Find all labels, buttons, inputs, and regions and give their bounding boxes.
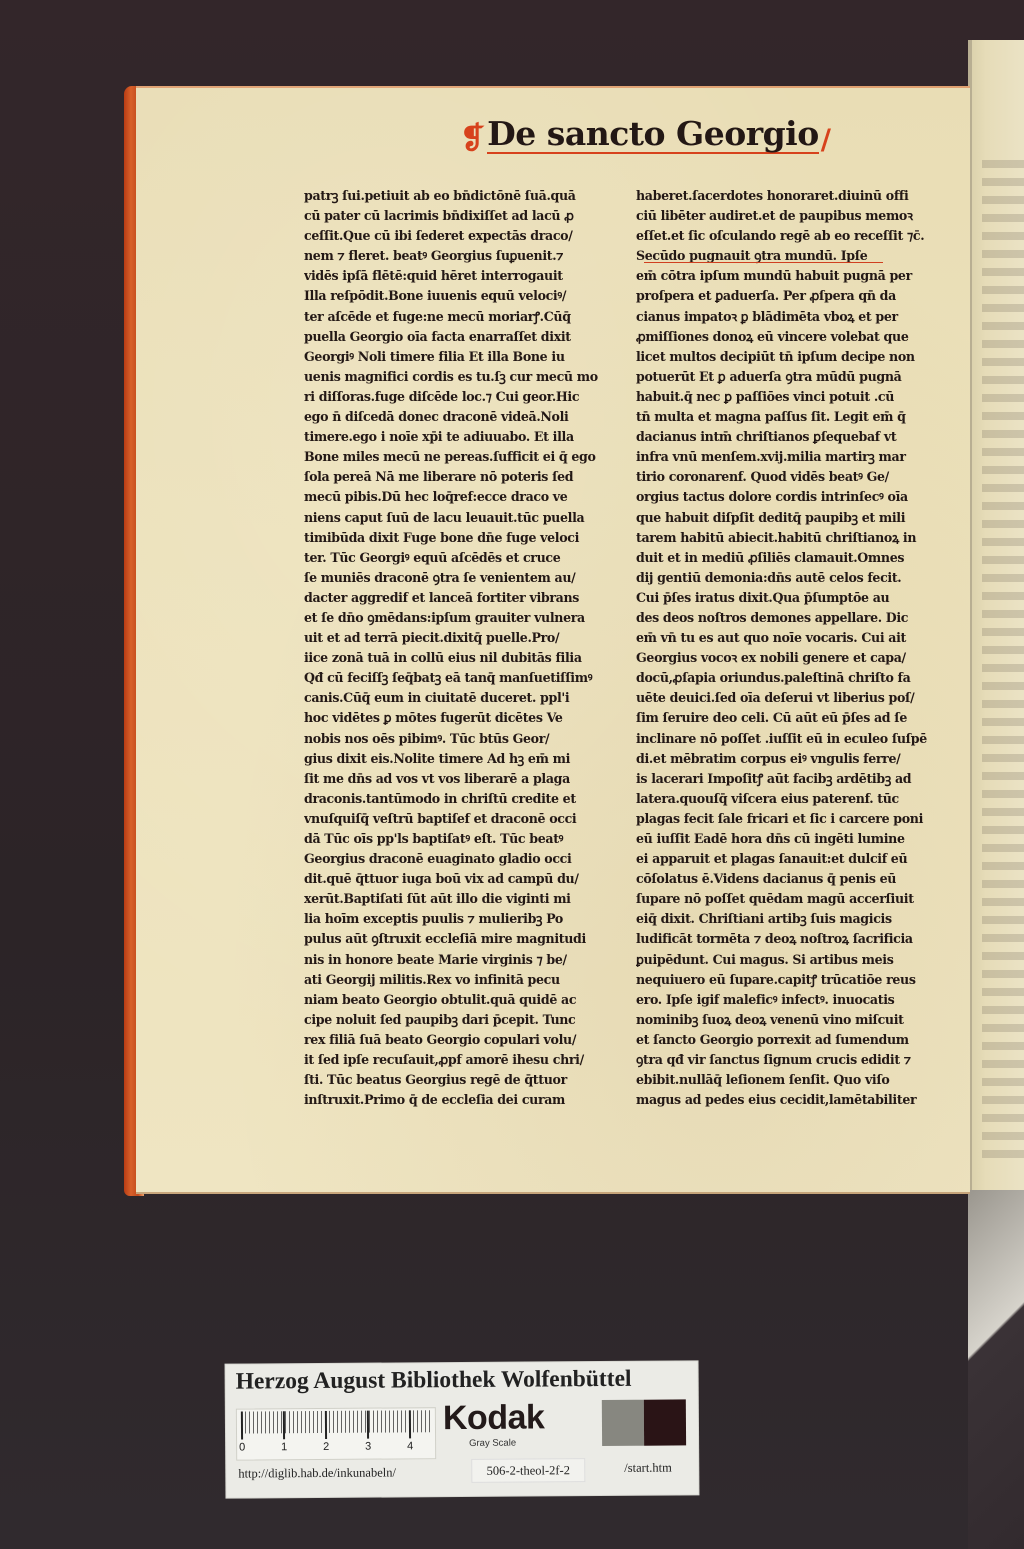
text-line: ludificāt tormēta ⁊ deoꝝ noſtroꝝ ſacrifi…	[636, 929, 943, 949]
text-line: proſpera et ꝑaduerſa. Per ꝓſpera qn̄ da	[636, 286, 943, 306]
text-line: rex filiā ſuā beato Georgio copulari vol…	[304, 1030, 611, 1050]
text-line: dā Tūc oīs pp'ls baptiſatꝰ eſt. Tūc beat…	[304, 829, 611, 849]
text-line: niam beato Georgio obtulit.quā quidē ac	[304, 990, 611, 1010]
facing-page-text-ghost	[982, 160, 1024, 1160]
text-line: nobis nos oēs pibimꝰ. Tūc btūs Geor/	[304, 729, 611, 749]
text-line: duit et in mediū ꝓſiliēs clamauit.Omnes	[636, 548, 943, 568]
text-line: ciū libēter audiret.et de paupibus memoꝛ	[636, 206, 943, 226]
text-line: haberet.ſacerdotes honoraret.diuinū offi	[636, 186, 943, 206]
text-line: canis.Cūq̄ eum in ciuitatē duceret. ppl'…	[304, 688, 611, 708]
facing-page-shadow	[968, 1190, 1024, 1549]
text-line: tn̄ multa et magna paſſus ſit. Legit em̄…	[636, 407, 943, 427]
text-line: ſit me dn̄s ad vos vt vos liberarē a pla…	[304, 769, 611, 789]
kodak-logo: Kodak	[443, 1398, 545, 1438]
ruler-label: 0	[239, 1442, 245, 1454]
ruler-label: 4	[407, 1440, 413, 1452]
text-line: gius dixit eis.Nolite timere Ad hꝫ em̄ m…	[304, 749, 611, 769]
text-line: infra vnū menſem.xvij.milia martirꝫ mar	[636, 447, 943, 467]
institution-name: Herzog August Bibliothek Wolfenbüttel	[236, 1366, 632, 1396]
text-line: ꝯtra qđ vir ſanctus ſignum crucis edidit…	[636, 1050, 943, 1070]
text-line: xerūt.Baptiſati ſūt aūt illo die viginti…	[304, 889, 611, 909]
ruler-label: 2	[323, 1441, 329, 1453]
text-line: licet multos decipiūt tn̄ ipſum decipe n…	[636, 347, 943, 367]
text-line: ceſſit.Que cū ibi ſederet expectās draco…	[304, 226, 611, 246]
rubric-stroke-icon: /	[821, 126, 831, 154]
text-line: potuerūt Et ꝑ aduerſa ꝯtra mūdū pugnā	[636, 367, 943, 387]
text-line: timibūda dixit Fuge bone dn̄e fuge veloc…	[304, 528, 611, 548]
text-line: Georgiꝰ Noli timere filia Et illa Bone i…	[304, 347, 611, 367]
gray-swatch	[602, 1400, 644, 1446]
text-line: dacter aggredif et lanceā fortiter vibra…	[304, 588, 611, 608]
text-line: dit.quē q̄ttuor iuga boū vix ad campū du…	[304, 869, 611, 889]
text-line: cipe noluit ſed paupibꝫ dari p̄cepit. Tu…	[304, 1010, 611, 1030]
text-line: ter aſcēde et fuge:ne mecū moriarꝭ.Cūq̄	[304, 307, 611, 327]
text-line: inſtruxit.Primo q̄ de eccleſia dei curam	[304, 1090, 611, 1110]
facing-page-edge	[968, 40, 1024, 1190]
digital-library-url: http://diglib.hab.de/inkunabeln/	[238, 1465, 396, 1481]
text-line: eū iuſſit Eadē hora dn̄s cū ingēti lumin…	[636, 829, 943, 849]
text-line: vidēs ipſā flētē:quid hēret interrogauit	[304, 266, 611, 286]
text-line: iice zonā tuā in collū eius nil dubitās …	[304, 648, 611, 668]
text-line: dacianus intm̄ chriſtianos ꝑſequebaf vt	[636, 427, 943, 447]
text-line: nis in honore beate Marie virginis ⁊ be/	[304, 950, 611, 970]
text-line: ri diſſoras.fuge diſcēde loc.⁊ Cui geor.…	[304, 387, 611, 407]
text-line: nequiuero eū ſupare.capitꝭ trūcatiōe reu…	[636, 970, 943, 990]
text-line: pulus aūt ꝯſtruxit eccleſiā mire magnitu…	[304, 929, 611, 949]
text-line: ero. Ipſe igif maleficꝰ infectꝰ. inuocat…	[636, 990, 943, 1010]
scale-ruler: 0 1 2 3 4	[236, 1407, 436, 1460]
text-line: eſſet.et ſic oſculando regē ab eo receſſ…	[636, 226, 943, 246]
ruler-major-tick	[367, 1411, 369, 1439]
text-line: ꝓmiſſiones donoꝝ eū vincere volebat que	[636, 327, 943, 347]
text-line: magus ad pedes eius cecidit,lamētabilite…	[636, 1090, 943, 1110]
text-line: uenis magnifici cordis es tu.ſꝫ cur mecū…	[304, 367, 611, 387]
text-line: vnuſquiſq̄ veſtrū baptiſef et draconē oc…	[304, 809, 611, 829]
text-line: Georgius draconē euaginato gladio occi	[304, 849, 611, 869]
text-line: Bone miles mecū ne pereas.ſufficit ei q̄…	[304, 447, 611, 467]
text-line: Cui p̄ſes iratus dixit.Qua p̄ſumptōe au	[636, 588, 943, 608]
shelfmark-label: 506-2-theol-2f-2	[471, 1458, 585, 1483]
text-line: docū,ꝓſapia oriundus.paleſtinā chriſto f…	[636, 668, 943, 688]
color-calibration-card: Herzog August Bibliothek Wolfenbüttel 0 …	[226, 1361, 699, 1497]
text-line: inclinare nō poſſet .iuſſit eū in eculeo…	[636, 729, 943, 749]
text-line: Illa reſpōdit.Bone iuuenis equū velociꝰ/	[304, 286, 611, 306]
text-line: latera.quouſq̄ viſcera eius paterenf. tū…	[636, 789, 943, 809]
text-line: Georgius vocoꝛ ex nobili genere et capa/	[636, 648, 943, 668]
text-line: eiq̄ dixit. Chriſtiani artibꝫ ſuis magic…	[636, 909, 943, 929]
text-line: habuit.q̄ nec ꝑ paſſiōes vinci potuit .c…	[636, 387, 943, 407]
paragraph-mark-icon: ❡	[460, 124, 485, 154]
text-line: patrꝫ ſui.petiuit ab eo bn̄dictōnē ſuā.q…	[304, 186, 611, 206]
text-line: que habuit diſpſit deditq̄ paupibꝫ et mi…	[636, 508, 943, 528]
text-line: di.et mēbratim corpus eiꝰ vngulis ferre/	[636, 749, 943, 769]
text-column-right: haberet.ſacerdotes honoraret.diuinū offi…	[636, 186, 943, 1110]
text-line: is lacerari Impoſitꝭ aūt facibꝫ ardētibꝫ…	[636, 769, 943, 789]
text-column-left: patrꝫ ſui.petiuit ab eo bn̄dictōnē ſuā.q…	[304, 186, 611, 1110]
text-line: hoc vidētes ꝑ mōtes fugerūt dicētes Ve	[304, 708, 611, 728]
text-line: uit et ad terrā piecit.dixitq̄ puelle.Pr…	[304, 628, 611, 648]
text-line: cianus impatoꝛ ꝑ blādimēta vboꝝ et per	[636, 307, 943, 327]
text-line: nem ⁊ fleret. beatꝰ Georgius ſuꝑuenit.⁊	[304, 246, 611, 266]
text-line: ter. Tūc Georgiꝰ equū aſcēdēs et cruce	[304, 548, 611, 568]
page-heading: ❡ De sancto Georgio /	[460, 110, 831, 154]
text-line: cū pater cū lacrimis bn̄dixiſſet ad lacū…	[304, 206, 611, 226]
text-line: et ſe dn̄o ꝯmēdans:ipſum grauiter vulner…	[304, 608, 611, 628]
url-suffix: /start.htm	[624, 1461, 672, 1476]
text-line: des deos noſtros demones appellare. Dic	[636, 608, 943, 628]
text-line: ebibit.nullāq̄ leſionem ſenſit. Quo viſo	[636, 1070, 943, 1090]
text-line: nominibꝫ ſuoꝝ deoꝝ venenū vino miſcuit	[636, 1010, 943, 1030]
ruler-ticks	[241, 1410, 431, 1433]
ruler-major-tick	[409, 1410, 411, 1438]
text-line: ſola pereā Nā me liberare nō poteris ſed	[304, 467, 611, 487]
text-line: em̄ cōtra ipſum mundū habuit pugnā per	[636, 266, 943, 286]
text-line: ei apparuit et plagas ſanauit:et dulcif …	[636, 849, 943, 869]
text-line: ſti. Tūc beatus Georgius regē de q̄ttuor	[304, 1070, 611, 1090]
text-line: Secūdo pugnauit ꝯtra mundū. Ipſe	[636, 246, 943, 266]
text-line: dij gentiū demonia:dn̄s autē celos fecit…	[636, 568, 943, 588]
text-line: Qđ cū feciſſꝫ ſeq̄batꝫ eā tanq̄ manſueti…	[304, 668, 611, 688]
text-line: niens caput ſuū de lacu leuauit.tūc puel…	[304, 508, 611, 528]
text-line: plagas fecit ſale fricari et ſic i carce…	[636, 809, 943, 829]
gray-scale-caption: Gray Scale	[469, 1438, 516, 1449]
text-line: ſim ſeruire deo celi. Cū aūt eū p̄ſes ad…	[636, 708, 943, 728]
ruler-label: 1	[281, 1441, 287, 1453]
text-line: ſe muniēs draconē ꝯtra ſe venientem au/	[304, 568, 611, 588]
text-line: orgius tactus dolore cordis intrinſecꝰ o…	[636, 487, 943, 507]
text-line: tarem habitū abiecit.habitū chriſtianoꝝ …	[636, 528, 943, 548]
text-line: em̄ vn̄ tu es aut quo noīe vocaris. Cui …	[636, 628, 943, 648]
text-line: lia hoīm exceptis puulis ⁊ mulieribꝫ Po	[304, 909, 611, 929]
heading-title: De sancto Georgio	[487, 117, 819, 154]
ruler-major-tick	[283, 1411, 285, 1439]
text-line: it ſed ipſe recuſauit,ꝓpf amorē ihesu ch…	[304, 1050, 611, 1070]
ruler-label: 3	[365, 1441, 371, 1453]
text-line: timere.ego i noīe xp̄i te adiuuabo. Et i…	[304, 427, 611, 447]
text-line: cōſolatus ē.Videns dacianus q̄ penis eū	[636, 869, 943, 889]
text-line: et ſancto Georgio porrexit ad ſumendum	[636, 1030, 943, 1050]
text-line: puella Georgio oīa facta enarraſſet dixi…	[304, 327, 611, 347]
text-line: tirio coronarenf. Quod vidēs beatꝰ Ge/	[636, 467, 943, 487]
ruler-major-tick	[325, 1411, 327, 1439]
text-line: uēte deuici.ſed oīa deſerui vt liberius …	[636, 688, 943, 708]
text-line: ſupare nō poſſet quēdam magū accerſiuit	[636, 889, 943, 909]
dark-swatch	[644, 1399, 686, 1445]
text-line: draconis.tantūmodo in chriſtū credite et	[304, 789, 611, 809]
text-line: ꝑuipēdunt. Cui magus. Si artibus meis	[636, 950, 943, 970]
text-line: ati Georgij militis.Rex vo infinitā pecu	[304, 970, 611, 990]
text-line: mecū pibis.Dū hec loq̄ref:ecce draco ve	[304, 487, 611, 507]
text-line: ego n̄ diſcedā donec draconē videā.Noli	[304, 407, 611, 427]
ruler-major-tick	[241, 1412, 243, 1440]
